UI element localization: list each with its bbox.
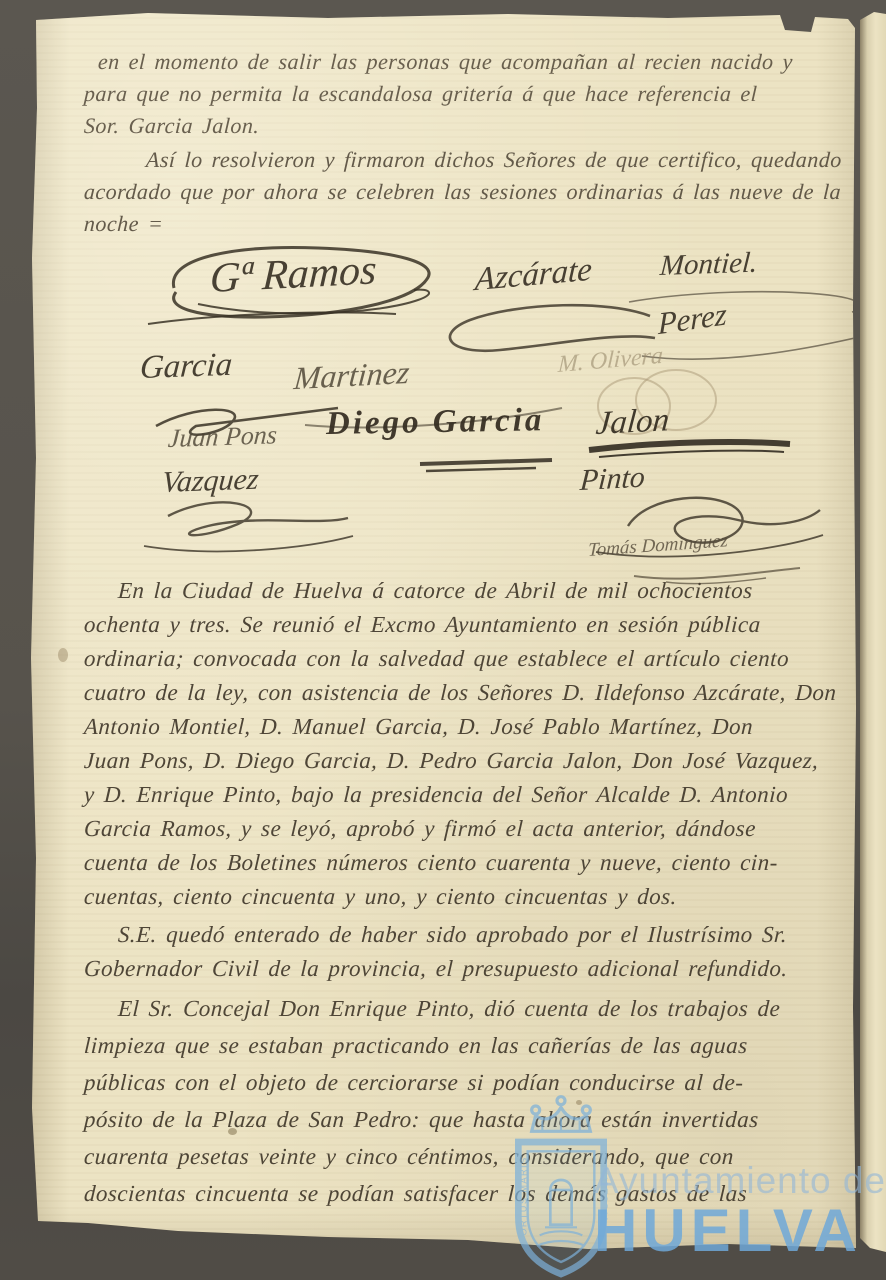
paragraph-session-opening: En la Ciudad de Huelva á catorce de Abri… bbox=[84, 574, 846, 914]
handwritten-text-line: Garcia Ramos, y se leyó, aprobó y firmó … bbox=[83, 812, 847, 846]
handwritten-text-line: ordinaria; convocada con la salvedad que… bbox=[83, 642, 847, 676]
handwritten-text-line: cuatro de la ley, con asistencia de los … bbox=[83, 676, 847, 710]
signature-juan-pons: Juan Pons bbox=[167, 420, 278, 454]
handwritten-text-line: y D. Enrique Pinto, bajo la presidencia … bbox=[83, 778, 847, 812]
signature-garcia-ramos: Gª Ramos bbox=[209, 246, 378, 303]
paragraph-concejal-pinto: El Sr. Concejal Don Enrique Pinto, dió c… bbox=[84, 990, 846, 1212]
signature-jalon: Jalon bbox=[594, 402, 670, 443]
handwritten-text-line: cuarenta pesetas veinte y cinco céntimos… bbox=[83, 1138, 847, 1175]
signature-martinez: Martinez bbox=[292, 354, 411, 397]
handwritten-text-line: limpieza que se estaban practicando en l… bbox=[83, 1027, 847, 1064]
handwritten-text-line: doscientas cincuenta se podían satisface… bbox=[83, 1175, 847, 1212]
signature-underline-diego bbox=[416, 456, 556, 476]
photographed-manuscript-scene: en el momento de salir las personas que … bbox=[0, 0, 886, 1280]
handwritten-text-line: El Sr. Concejal Don Enrique Pinto, dió c… bbox=[83, 990, 847, 1027]
handwritten-text-line: pósito de la Plaza de San Pedro: que has… bbox=[83, 1101, 847, 1138]
handwritten-text-line: Juan Pons, D. Diego Garcia, D. Pedro Gar… bbox=[83, 744, 847, 778]
signature-garcia: Garcia bbox=[139, 347, 234, 387]
handwritten-text-line: Antonio Montiel, D. Manuel Garcia, D. Jo… bbox=[83, 710, 847, 744]
paper-stain bbox=[576, 1100, 582, 1105]
signature-azcarate: Azcárate bbox=[474, 252, 593, 300]
signature-montiel: Montiel. bbox=[659, 247, 759, 284]
handwritten-text-line: Gobernador Civil de la provincia, el pre… bbox=[83, 952, 847, 986]
handwritten-text-line: cuentas, ciento cincuenta y uno, y cient… bbox=[83, 880, 847, 914]
handwritten-text-line: ochenta y tres. Se reunió el Excmo Ayunt… bbox=[83, 608, 847, 642]
adjacent-page-edge bbox=[860, 12, 886, 1252]
paper-stain bbox=[58, 648, 68, 662]
handwritten-text-line: públicas con el objeto de cerciorarse si… bbox=[83, 1064, 847, 1101]
handwritten-text-line: En la Ciudad de Huelva á catorce de Abri… bbox=[83, 574, 847, 608]
signature-vazquez: Vazquez bbox=[161, 463, 261, 500]
signature-flourish-vazquez bbox=[136, 496, 358, 558]
handwritten-text-line: cuenta de los Boletines números ciento c… bbox=[83, 846, 847, 880]
manuscript-page: en el momento de salir las personas que … bbox=[28, 8, 858, 1258]
signature-underline-jalon bbox=[584, 438, 796, 460]
paper-stain bbox=[228, 1128, 237, 1135]
handwritten-text-line: S.E. quedó enterado de haber sido aproba… bbox=[83, 918, 847, 952]
paragraph-gobernador: S.E. quedó enterado de haber sido aproba… bbox=[84, 918, 846, 986]
signature-diego-garcia: Diego Garcia bbox=[326, 402, 545, 443]
